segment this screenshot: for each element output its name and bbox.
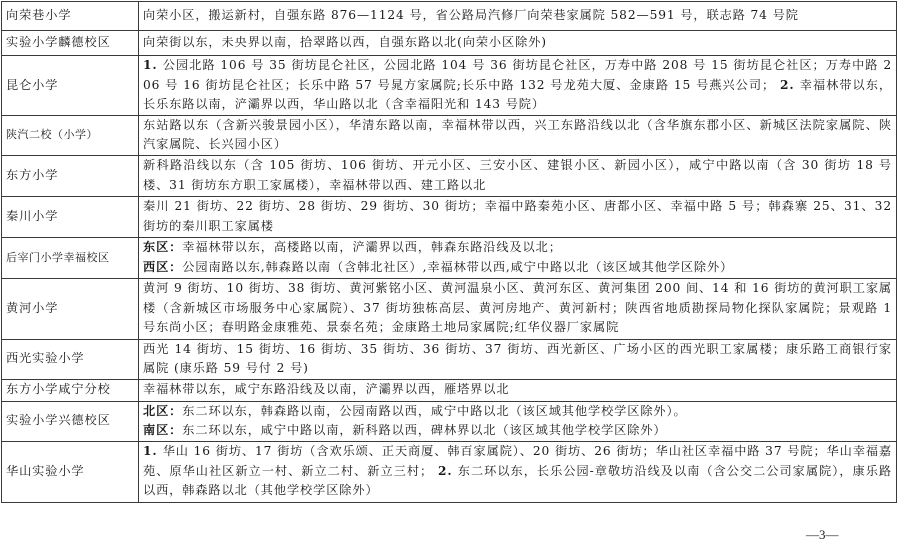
section-label: 2. bbox=[438, 464, 458, 478]
district-area-cell: 向荣街以东，未央界以南，拾翠路以西，自强东路以北(向荣小区除外) bbox=[139, 31, 897, 56]
district-area-cell: 1. 华山 16 街坊、17 街坊（含欢乐颂、正天商厦、韩百家属院）、20 街坊… bbox=[139, 441, 897, 502]
table-row: 黄河小学黄河 9 街坊、10 街坊、38 街坊、黄河紫铭小区、黄河温泉小区、黄河… bbox=[2, 278, 897, 339]
school-name-cell: 华山实验小学 bbox=[2, 441, 139, 502]
school-name-cell: 向荣巷小学 bbox=[2, 2, 139, 31]
school-name-cell: 秦川小学 bbox=[2, 196, 139, 237]
page-number: —3— bbox=[806, 527, 839, 543]
section-label: 东区： bbox=[143, 240, 182, 254]
district-area-cell: 1. 公园北路 106 号 35 街坊昆仑社区，公园北路 104 号 36 街坊… bbox=[139, 56, 897, 116]
district-area-cell: 幸福林带以东，咸宁东路沿线及以南，浐灞界以西，雁塔界以北 bbox=[139, 379, 897, 401]
area-text: 幸福林带以东，咸宁东路沿线及以南，浐灞界以西，雁塔界以北 bbox=[143, 382, 509, 396]
area-text: 幸福林带以东，高楼路以南，浐灞界以西，韩森东路沿线及以北； bbox=[182, 240, 562, 254]
district-area-cell: 东区：幸福林带以东，高楼路以南，浐灞界以西，韩森东路沿线及以北；西区：公园南路以… bbox=[139, 237, 897, 278]
section-label: 南区： bbox=[143, 423, 182, 437]
area-text: 向荣小区，搬运新村，自强东路 876—1124 号，省公路局汽修厂向荣巷家属院 … bbox=[143, 8, 799, 22]
area-text: 公园南路以东,韩森路以南（含韩北社区）,幸福林带以西,咸宁中路以北（该区域其他学… bbox=[182, 260, 733, 274]
table-row: 东方小学新科路沿线以东（含 105 街坊、106 街坊、开元小区、三安小区、建银… bbox=[2, 155, 897, 196]
area-text: 东站路以东（含新兴骏景园小区），华清东路以南，幸福林带以西，兴工东路沿线以北（含… bbox=[143, 118, 892, 152]
section-label: 1. bbox=[143, 58, 163, 72]
school-name-cell: 东方小学咸宁分校 bbox=[2, 379, 139, 401]
school-district-table: 向荣巷小学向荣小区，搬运新村，自强东路 876—1124 号，省公路局汽修厂向荣… bbox=[1, 1, 897, 503]
table-row: 华山实验小学1. 华山 16 街坊、17 街坊（含欢乐颂、正天商厦、韩百家属院）… bbox=[2, 441, 897, 502]
area-text: 向荣街以东，未央界以南，拾翠路以西，自强东路以北(向荣小区除外) bbox=[143, 35, 547, 49]
area-text: 新科路沿线以东（含 105 街坊、106 街坊、开元小区、三安小区、建银小区、新… bbox=[143, 158, 892, 192]
section-label: 1. bbox=[143, 444, 163, 458]
area-text: 秦川 21 街坊、22 街坊、28 街坊、29 街坊、30 街坊；幸福中路秦苑小… bbox=[143, 199, 892, 233]
district-area-cell: 秦川 21 街坊、22 街坊、28 街坊、29 街坊、30 街坊；幸福中路秦苑小… bbox=[139, 196, 897, 237]
area-text: 西光 14 街坊、15 街坊、16 街坊、35 街坊、36 街坊、37 街坊、西… bbox=[143, 342, 892, 376]
table-row: 实验小学麟德校区向荣街以东，未央界以南，拾翠路以西，自强东路以北(向荣小区除外) bbox=[2, 31, 897, 56]
area-text: 黄河 9 街坊、10 街坊、38 街坊、黄河紫铭小区、黄河温泉小区、黄河东区、黄… bbox=[143, 281, 892, 334]
district-area-cell: 新科路沿线以东（含 105 街坊、106 街坊、开元小区、三安小区、建银小区、新… bbox=[139, 155, 897, 196]
school-name-cell: 昆仑小学 bbox=[2, 56, 139, 116]
table-row: 后宰门小学幸福校区东区：幸福林带以东，高楼路以南，浐灞界以西，韩森东路沿线及以北… bbox=[2, 237, 897, 278]
area-text: 东二环以东，韩森路以南，公园南路以西，咸宁中路以北（该区域其他学校学区除外）。 bbox=[182, 404, 686, 418]
school-name-cell: 西光实验小学 bbox=[2, 339, 139, 379]
school-name-cell: 黄河小学 bbox=[2, 278, 139, 339]
school-name-cell: 东方小学 bbox=[2, 155, 139, 196]
area-text: 东二环以东，咸宁中路以南，新科路以西，碑林界以北（该区域其他学校学区除外） bbox=[182, 423, 666, 437]
school-name-cell: 后宰门小学幸福校区 bbox=[2, 237, 139, 278]
table-row: 向荣巷小学向荣小区，搬运新村，自强东路 876—1124 号，省公路局汽修厂向荣… bbox=[2, 2, 897, 31]
district-area-cell: 北区：东二环以东，韩森路以南，公园南路以西，咸宁中路以北（该区域其他学校学区除外… bbox=[139, 401, 897, 441]
table-row: 秦川小学秦川 21 街坊、22 街坊、28 街坊、29 街坊、30 街坊；幸福中… bbox=[2, 196, 897, 237]
district-area-cell: 黄河 9 街坊、10 街坊、38 街坊、黄河紫铭小区、黄河温泉小区、黄河东区、黄… bbox=[139, 278, 897, 339]
district-area-cell: 向荣小区，搬运新村，自强东路 876—1124 号，省公路局汽修厂向荣巷家属院 … bbox=[139, 2, 897, 31]
school-name-cell: 陕汽二校（小学） bbox=[2, 115, 139, 155]
table-row: 陕汽二校（小学）东站路以东（含新兴骏景园小区），华清东路以南，幸福林带以西，兴工… bbox=[2, 115, 897, 155]
school-name-cell: 实验小学兴德校区 bbox=[2, 401, 139, 441]
table-row: 实验小学兴德校区北区：东二环以东，韩森路以南，公园南路以西，咸宁中路以北（该区域… bbox=[2, 401, 897, 441]
section-label: 西区： bbox=[143, 260, 182, 274]
school-name-cell: 实验小学麟德校区 bbox=[2, 31, 139, 56]
table-row: 西光实验小学西光 14 街坊、15 街坊、16 街坊、35 街坊、36 街坊、3… bbox=[2, 339, 897, 379]
table-body: 向荣巷小学向荣小区，搬运新村，自强东路 876—1124 号，省公路局汽修厂向荣… bbox=[2, 2, 897, 503]
section-label: 2. bbox=[780, 78, 800, 92]
section-label: 北区： bbox=[143, 404, 182, 418]
district-area-cell: 西光 14 街坊、15 街坊、16 街坊、35 街坊、36 街坊、37 街坊、西… bbox=[139, 339, 897, 379]
district-area-cell: 东站路以东（含新兴骏景园小区），华清东路以南，幸福林带以西，兴工东路沿线以北（含… bbox=[139, 115, 897, 155]
table-row: 东方小学咸宁分校幸福林带以东，咸宁东路沿线及以南，浐灞界以西，雁塔界以北 bbox=[2, 379, 897, 401]
table-row: 昆仑小学1. 公园北路 106 号 35 街坊昆仑社区，公园北路 104 号 3… bbox=[2, 56, 897, 116]
